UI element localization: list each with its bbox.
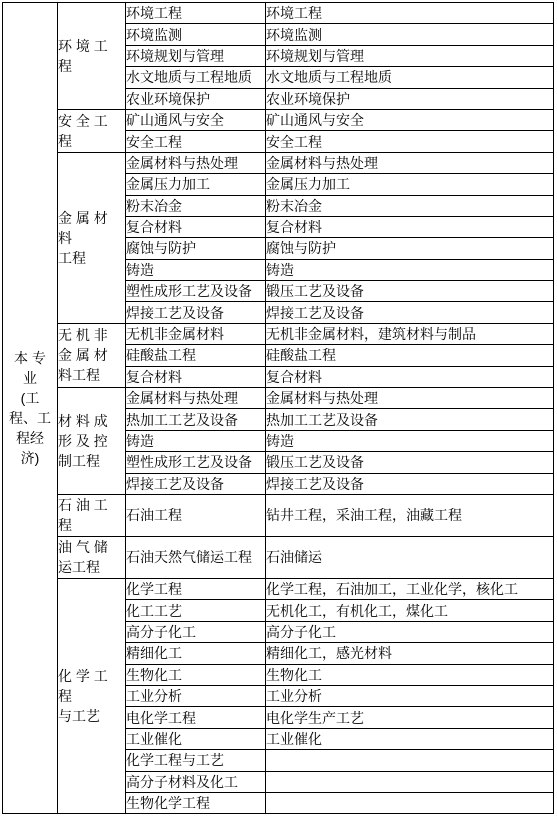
major-cell: 精细化工 (126, 643, 266, 664)
major-cell: 铸造 (126, 259, 266, 280)
category-cell: 安 全 工 程 (58, 109, 126, 152)
old-major-cell: 焊接工艺及设备 (266, 302, 554, 323)
major-cell: 生物化工 (126, 664, 266, 685)
old-major-cell: 精细化工，感光材料 (266, 643, 554, 664)
major-cell: 矿山通风与安全 (126, 109, 266, 130)
major-cell: 石油工程 (126, 494, 266, 536)
table-row: 安 全 工 程矿山通风与安全矿山通风与安全 (3, 109, 554, 130)
old-major-cell: 硅酸盐工程 (266, 345, 554, 366)
major-cell: 粉末冶金 (126, 195, 266, 216)
old-major-cell (266, 750, 554, 771)
old-major-cell (266, 771, 554, 792)
major-cell: 生物化学工程 (126, 792, 266, 813)
old-major-cell: 金属材料与热处理 (266, 152, 554, 173)
major-cell: 高分子化工 (126, 621, 266, 642)
category-cell: 环 境 工 程 (58, 3, 126, 110)
old-major-cell: 环境监测 (266, 24, 554, 45)
major-cell: 硅酸盐工程 (126, 345, 266, 366)
major-cell: 无机非金属材料 (126, 323, 266, 344)
old-major-cell: 矿山通风与安全 (266, 109, 554, 130)
old-major-cell: 金属材料与热处理 (266, 388, 554, 409)
table-row: 无 机 非 金 属 材 料工程无机非金属材料无机非金属材料，建筑材料与制品 (3, 323, 554, 344)
major-cell: 水文地质与工程地质 (126, 67, 266, 88)
major-cell: 复合材料 (126, 366, 266, 387)
major-cell: 化学工程与工艺 (126, 750, 266, 771)
category-cell: 化 学 工 程 与工艺 (58, 578, 126, 813)
major-cell: 化学工程 (126, 578, 266, 599)
old-major-cell: 安全工程 (266, 131, 554, 152)
old-major-cell: 无机非金属材料，建筑材料与制品 (266, 323, 554, 344)
old-major-cell: 生物化工 (266, 664, 554, 685)
table-row: 石 油 工 程石油工程钻井工程，采油工程，油藏工程 (3, 494, 554, 536)
major-cell: 工业催化 (126, 728, 266, 749)
old-major-cell: 工业分析 (266, 685, 554, 706)
table-row: 化 学 工 程 与工艺化学工程化学工程，石油加工，工业化学，核化工 (3, 578, 554, 599)
major-cell: 高分子材料及化工 (126, 771, 266, 792)
major-cell: 焊接工艺及设备 (126, 473, 266, 494)
major-cell: 电化学工程 (126, 707, 266, 728)
old-major-cell: 工业催化 (266, 728, 554, 749)
old-major-cell: 金属压力加工 (266, 174, 554, 195)
major-cell: 化工工艺 (126, 600, 266, 621)
major-cell: 复合材料 (126, 216, 266, 237)
old-major-cell: 焊接工艺及设备 (266, 473, 554, 494)
old-major-cell (266, 792, 554, 813)
major-cell: 金属材料与热处理 (126, 388, 266, 409)
primary-category-cell: 本 专 业 (工 程、工 程经 济) (3, 3, 58, 814)
old-major-cell: 高分子化工 (266, 621, 554, 642)
old-major-cell: 铸造 (266, 259, 554, 280)
major-cell: 铸造 (126, 430, 266, 451)
old-major-cell: 复合材料 (266, 366, 554, 387)
major-cell: 腐蚀与防护 (126, 238, 266, 259)
old-major-cell: 环境工程 (266, 3, 554, 24)
document-page: 本 专 业 (工 程、工 程经 济)环 境 工 程环境工程环境工程环境监测环境监… (0, 0, 557, 816)
old-major-cell: 农业环境保护 (266, 88, 554, 109)
major-cell: 农业环境保护 (126, 88, 266, 109)
table-row: 本 专 业 (工 程、工 程经 济)环 境 工 程环境工程环境工程 (3, 3, 554, 24)
category-cell: 金 属 材 料 工程 (58, 152, 126, 323)
old-major-cell: 化学工程，石油加工，工业化学，核化工 (266, 578, 554, 599)
category-cell: 材 料 成 形 及 控 制工程 (58, 388, 126, 495)
majors-table-body: 本 专 业 (工 程、工 程经 济)环 境 工 程环境工程环境工程环境监测环境监… (3, 3, 554, 814)
major-cell: 热加工工艺及设备 (126, 409, 266, 430)
old-major-cell: 热加工工艺及设备 (266, 409, 554, 430)
old-major-cell: 钻井工程，采油工程，油藏工程 (266, 494, 554, 536)
table-row: 材 料 成 形 及 控 制工程金属材料与热处理金属材料与热处理 (3, 388, 554, 409)
table-row: 油 气 储 运工程石油天然气储运工程石油储运 (3, 536, 554, 578)
major-cell: 石油天然气储运工程 (126, 536, 266, 578)
major-cell: 焊接工艺及设备 (126, 302, 266, 323)
category-cell: 无 机 非 金 属 材 料工程 (58, 323, 126, 387)
major-cell: 环境监测 (126, 24, 266, 45)
old-major-cell: 水文地质与工程地质 (266, 67, 554, 88)
table-row: 金 属 材 料 工程金属材料与热处理金属材料与热处理 (3, 152, 554, 173)
major-cell: 安全工程 (126, 131, 266, 152)
old-major-cell: 锻压工艺及设备 (266, 452, 554, 473)
major-cell: 金属材料与热处理 (126, 152, 266, 173)
old-major-cell: 无机化工，有机化工，煤化工 (266, 600, 554, 621)
category-cell: 石 油 工 程 (58, 494, 126, 536)
old-major-cell: 环境规划与管理 (266, 45, 554, 66)
major-cell: 金属压力加工 (126, 174, 266, 195)
old-major-cell: 腐蚀与防护 (266, 238, 554, 259)
major-cell: 工业分析 (126, 685, 266, 706)
major-cell: 环境工程 (126, 3, 266, 24)
major-cell: 环境规划与管理 (126, 45, 266, 66)
old-major-cell: 粉末冶金 (266, 195, 554, 216)
old-major-cell: 锻压工艺及设备 (266, 281, 554, 302)
old-major-cell: 石油储运 (266, 536, 554, 578)
category-cell: 油 气 储 运工程 (58, 536, 126, 578)
old-major-cell: 电化学生产工艺 (266, 707, 554, 728)
major-cell: 塑性成形工艺及设备 (126, 452, 266, 473)
major-cell: 塑性成形工艺及设备 (126, 281, 266, 302)
old-major-cell: 铸造 (266, 430, 554, 451)
old-major-cell: 复合材料 (266, 216, 554, 237)
majors-table: 本 专 业 (工 程、工 程经 济)环 境 工 程环境工程环境工程环境监测环境监… (2, 2, 554, 814)
